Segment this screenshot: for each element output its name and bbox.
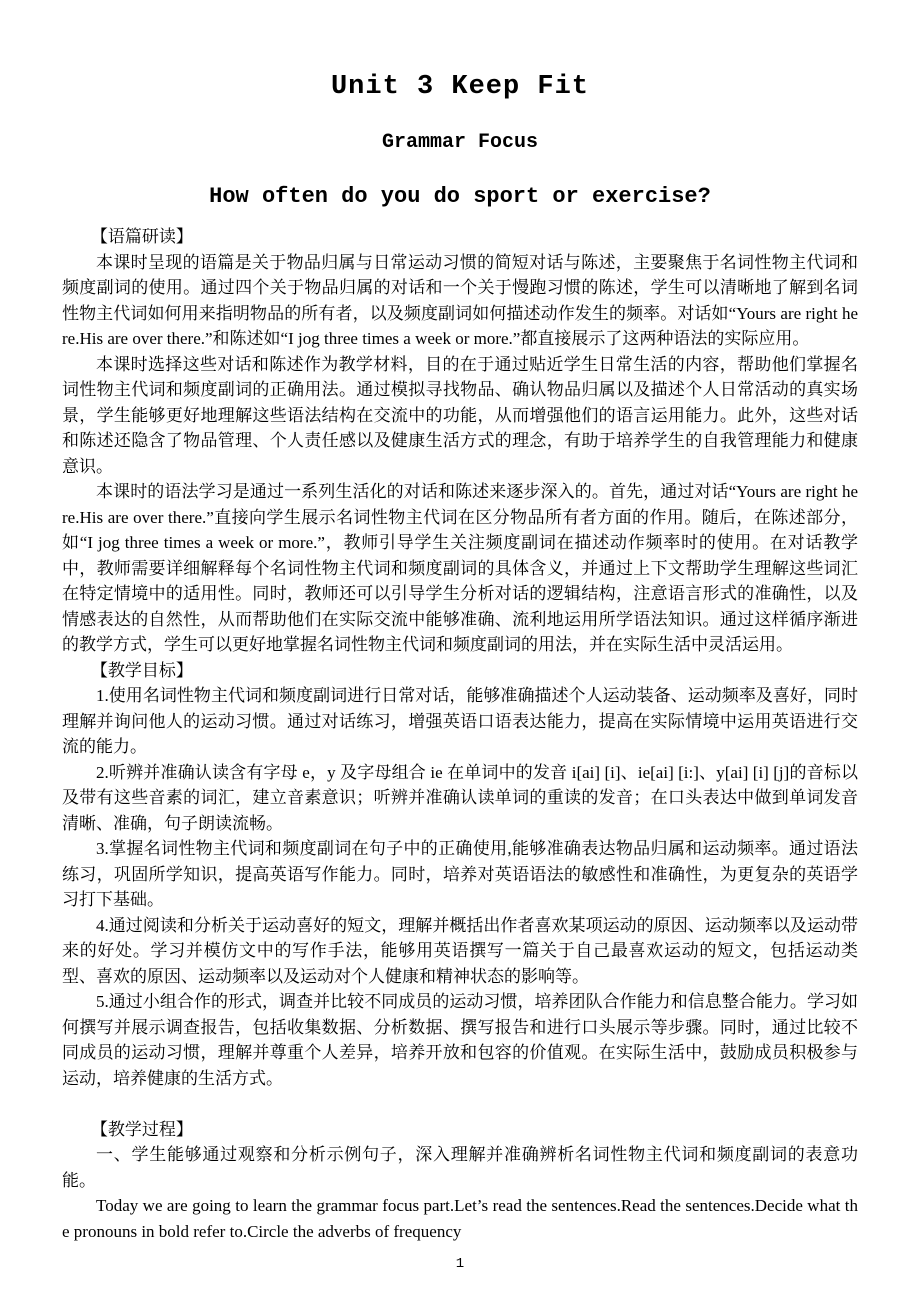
paragraph: 一、学生能够通过观察和分析示例句子，深入理解并准确辨析名词性物主代词和频度副词的… bbox=[62, 1142, 858, 1193]
paragraph: 本课时的语法学习是通过一系列生活化的对话和陈述来逐步深入的。首先，通过对话“Yo… bbox=[62, 479, 858, 658]
paragraph: 本课时选择这些对话和陈述作为教学材料，目的在于通过贴近学生日常生活的内容，帮助他… bbox=[62, 352, 858, 480]
section-text-analysis: 【语篇研读】 本课时呈现的语篇是关于物品归属与日常运动习惯的简短对话与陈述，主要… bbox=[62, 224, 858, 658]
section-teaching-process: 【教学过程】 一、学生能够通过观察和分析示例句子，深入理解并准确辨析名词性物主代… bbox=[62, 1117, 858, 1245]
objective-item: 5.通过小组合作的形式，调查并比较不同成员的运动习惯，培养团队合作能力和信息整合… bbox=[62, 989, 858, 1091]
paragraph: Today we are going to learn the grammar … bbox=[62, 1193, 858, 1244]
objective-item: 1.使用名词性物主代词和频度副词进行日常对话，能够准确描述个人运动装备、运动频率… bbox=[62, 683, 858, 760]
paragraph: 本课时呈现的语篇是关于物品归属与日常运动习惯的简短对话与陈述，主要聚焦于名词性物… bbox=[62, 250, 858, 352]
section-heading: 【语篇研读】 bbox=[62, 224, 858, 250]
section-teaching-objectives: 【教学目标】 1.使用名词性物主代词和频度副词进行日常对话，能够准确描述个人运动… bbox=[62, 658, 858, 1092]
objective-item: 2.听辨并准确认读含有字母 e，y 及字母组合 ie 在单词中的发音 i[ai]… bbox=[62, 760, 858, 837]
page-subtitle: Grammar Focus bbox=[62, 131, 858, 154]
lesson-question: How often do you do sport or exercise? bbox=[62, 184, 858, 209]
page-title: Unit 3 Keep Fit bbox=[62, 72, 858, 102]
objective-item: 4.通过阅读和分析关于运动喜好的短文，理解并概括出作者喜欢某项运动的原因、运动频… bbox=[62, 913, 858, 990]
section-heading: 【教学过程】 bbox=[62, 1117, 858, 1143]
section-heading: 【教学目标】 bbox=[62, 658, 858, 684]
page-number: 1 bbox=[0, 1256, 920, 1272]
objective-item: 3.掌握名词性物主代词和频度副词在句子中的正确使用,能够准确表达物品归属和运动频… bbox=[62, 836, 858, 913]
document-body: 【语篇研读】 本课时呈现的语篇是关于物品归属与日常运动习惯的简短对话与陈述，主要… bbox=[62, 224, 858, 1244]
blank-line bbox=[62, 1091, 858, 1117]
document-page: Unit 3 Keep Fit Grammar Focus How often … bbox=[0, 0, 920, 1302]
